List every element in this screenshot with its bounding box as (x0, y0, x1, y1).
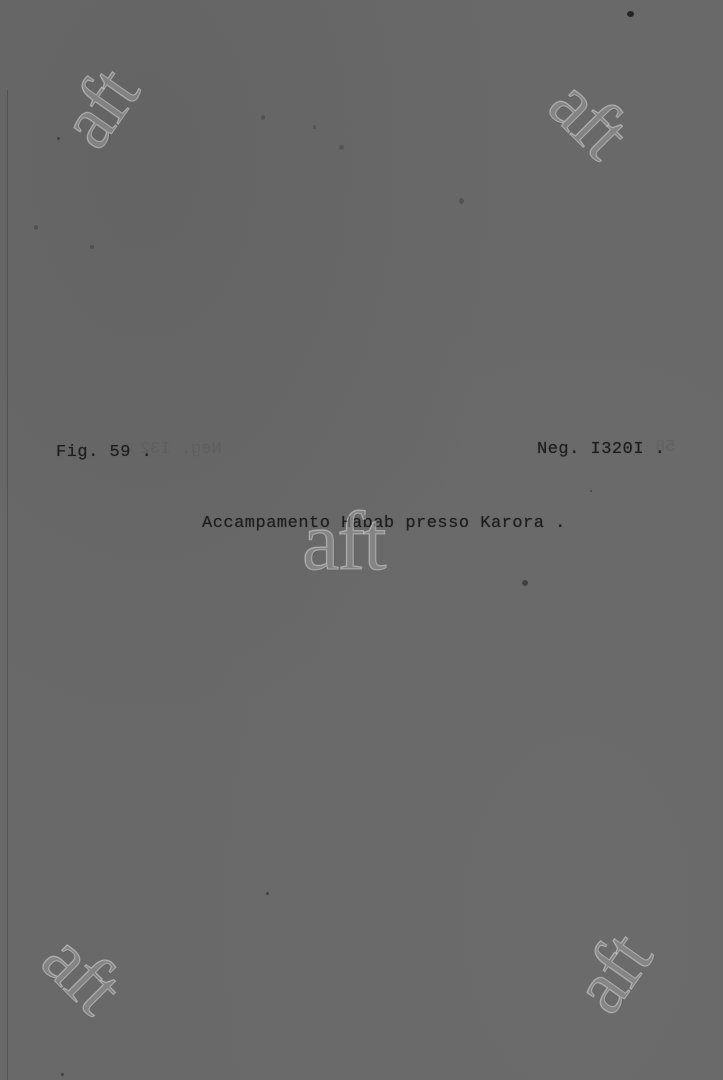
dust-speck (339, 145, 344, 150)
figure-number: Fig. 59 . (56, 443, 152, 462)
dust-speck (34, 225, 38, 230)
dust-speck (261, 115, 265, 120)
dust-speck (590, 490, 592, 492)
archival-card: Neg. I32 58 Fig. 59 . Neg. I320I . Accam… (0, 0, 723, 1080)
watermark-top-right: aft (536, 65, 642, 171)
dust-speck (57, 137, 60, 140)
dust-speck (627, 11, 634, 17)
watermark-center: aft (302, 500, 385, 584)
dust-speck (61, 1073, 64, 1076)
watermark-bottom-right: aft (560, 921, 665, 1025)
watermark-top-left: aft (47, 56, 152, 160)
dust-speck (522, 580, 528, 586)
dust-speck (266, 892, 269, 895)
negative-number: Neg. I320I . (537, 440, 665, 459)
dust-speck (313, 125, 316, 129)
dust-speck (459, 198, 464, 204)
paper-edge-crease (7, 90, 8, 1080)
watermark-bottom-left: aft (29, 920, 135, 1026)
dust-speck (90, 245, 94, 249)
